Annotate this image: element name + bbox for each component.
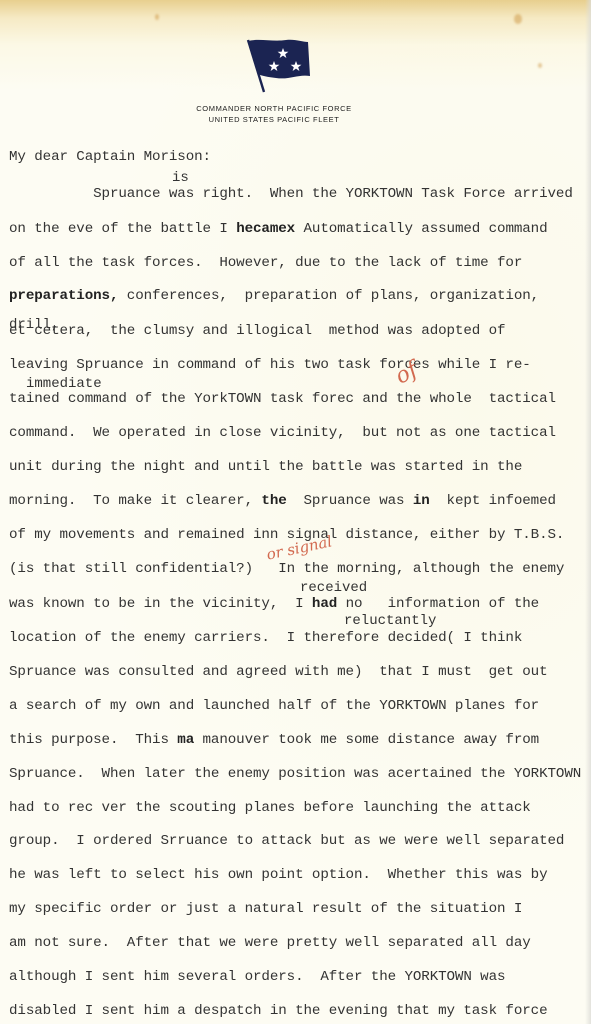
line-text: morning. To make it clearer, (9, 493, 261, 509)
line-text: of all the task forces. However, due to … (9, 255, 522, 271)
struck-out-text: in (413, 493, 430, 509)
letter-line: tained command of the YorkTOWN task fore… (9, 391, 556, 407)
line-text: location of the enemy carriers. I theref… (9, 630, 522, 646)
line-text: kept infoemed (430, 493, 556, 509)
struck-out-text: hecamex (236, 221, 295, 237)
letter-line: et cetera, the clumsy and illogical meth… (9, 323, 505, 339)
letter-line: (is that still confidential?) In the mor… (9, 561, 564, 577)
line-text: Spruance was right. When the YORKTOWN Ta… (9, 186, 573, 202)
paper-edge (585, 0, 591, 1024)
letter-line: of all the task forces. However, due to … (9, 255, 522, 271)
age-stain (514, 14, 522, 24)
letter-line: he was left to select his own point opti… (9, 867, 548, 883)
struck-out-text: had (312, 596, 337, 612)
line-text: had to rec ver the scouting planes befor… (9, 800, 531, 816)
line-text: this purpose. This (9, 732, 177, 748)
line-text: although I sent him several orders. Afte… (9, 969, 505, 985)
letter-line: Spruance was consulted and agreed with m… (9, 664, 548, 680)
insertion-received: received (300, 580, 367, 596)
letter-line: my specific order or just a natural resu… (9, 901, 522, 917)
line-text: disabled I sent him a despatch in the ev… (9, 1003, 548, 1019)
line-text: manouver took me some distance away from (194, 732, 539, 748)
letter-line: disabled I sent him a despatch in the ev… (9, 1003, 548, 1019)
line-text: leaving Spruance in command of his two t… (9, 357, 531, 373)
letter-line: was known to be in the vicinity, I had n… (9, 596, 539, 612)
letter-line: leaving Spruance in command of his two t… (9, 357, 531, 373)
struck-out-text: preparations, (9, 288, 118, 304)
line-text: Spruance. When later the enemy position … (9, 766, 581, 782)
age-stain (155, 14, 159, 20)
letter-line: preparations, conferences, preparation o… (9, 288, 539, 304)
line-text: he was left to select his own point opti… (9, 867, 548, 883)
insertion-immediate: immediate (26, 376, 102, 392)
letter-line: Spruance was right. When the YORKTOWN Ta… (9, 186, 573, 202)
admiral-flag-icon (246, 38, 312, 94)
line-text: Spruance was consulted and agreed with m… (9, 664, 548, 680)
line-text: unit during the night and until the batt… (9, 459, 522, 475)
line-text: (is that still confidential?) In the mor… (9, 561, 564, 577)
letter-line: had to rec ver the scouting planes befor… (9, 800, 531, 816)
letter-line: command. We operated in close vicinity, … (9, 425, 556, 441)
line-text: my specific order or just a natural resu… (9, 901, 522, 917)
letter-line: am not sure. After that we were pretty w… (9, 935, 531, 951)
letterhead-subtitle: UNITED STATES PACIFIC FLEET (0, 115, 548, 124)
letterhead-title: COMMANDER NORTH PACIFIC FORCE (0, 104, 548, 113)
struck-out-text: ma (177, 732, 194, 748)
struck-out-text: the (261, 493, 286, 509)
line-text: group. I ordered Srruance to attack but … (9, 833, 564, 849)
letter-line: this purpose. This ma manouver took me s… (9, 732, 539, 748)
letter-line: group. I ordered Srruance to attack but … (9, 833, 564, 849)
line-text: command. We operated in close vicinity, … (9, 425, 556, 441)
line-text: was known to be in the vicinity, I (9, 596, 312, 612)
line-text: on the eve of the battle I (9, 221, 236, 237)
insertion-is: is (172, 170, 189, 186)
salutation: My dear Captain Morison: (9, 149, 211, 165)
letter-line: a search of my own and launched half of … (9, 698, 539, 714)
letter-line: location of the enemy carriers. I theref… (9, 630, 522, 646)
letter-line: unit during the night and until the batt… (9, 459, 522, 475)
line-text: et cetera, the clumsy and illogical meth… (9, 323, 505, 339)
age-stain (538, 63, 542, 68)
letter-line: Spruance. When later the enemy position … (9, 766, 581, 782)
line-text: Spruance was (287, 493, 413, 509)
line-text: a search of my own and launched half of … (9, 698, 539, 714)
line-text: conferences, preparation of plans, organ… (118, 288, 539, 304)
letter-line: on the eve of the battle I hecamex Autom… (9, 221, 548, 237)
letter-line: morning. To make it clearer, the Spruanc… (9, 493, 556, 509)
line-text: Automatically assumed command (295, 221, 547, 237)
insertion-reluctantly: reluctantly (344, 613, 436, 629)
line-text: am not sure. After that we were pretty w… (9, 935, 531, 951)
letter-line: although I sent him several orders. Afte… (9, 969, 505, 985)
line-text: tained command of the YorkTOWN task fore… (9, 391, 556, 407)
line-text: no information of the (337, 596, 539, 612)
